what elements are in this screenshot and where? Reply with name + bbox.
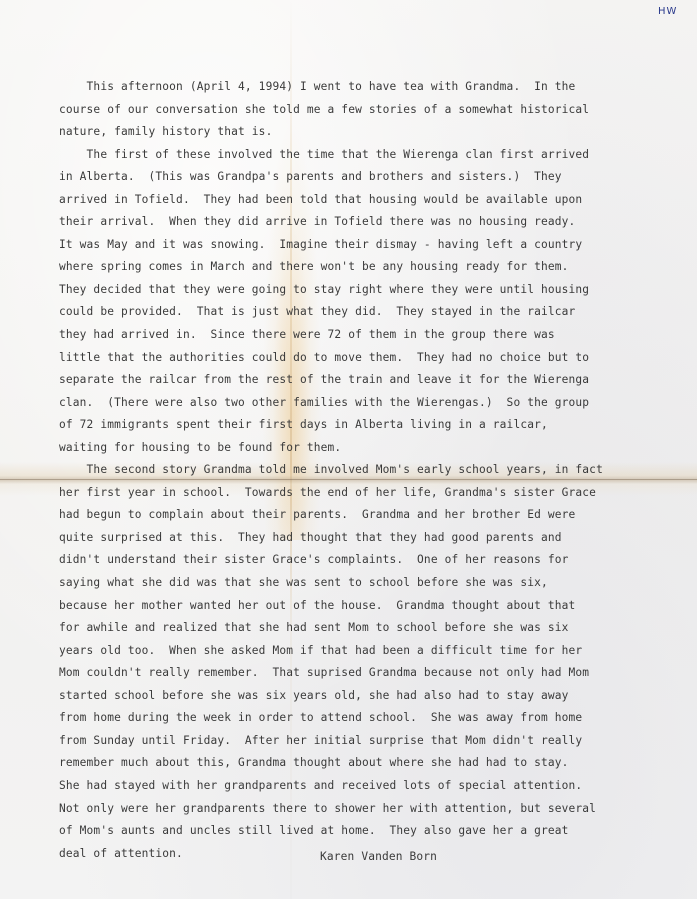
text-line: The second story Grandma told me involve… — [59, 459, 679, 482]
text-line: It was May and it was snowing. Imagine t… — [59, 234, 679, 257]
text-line: had begun to complain about their parent… — [59, 504, 679, 527]
text-line: This afternoon (April 4, 1994) I went to… — [59, 76, 679, 99]
text-line: where spring comes in March and there wo… — [59, 256, 679, 279]
text-line: didn't understand their sister Grace's c… — [59, 549, 679, 572]
text-line: saying what she did was that she was sen… — [59, 572, 679, 595]
text-line: because her mother wanted her out of the… — [59, 595, 679, 618]
text-line: quite surprised at this. They had though… — [59, 527, 679, 550]
text-line: of 72 immigrants spent their first days … — [59, 414, 679, 437]
text-line: of Mom's aunts and uncles still lived at… — [59, 820, 679, 843]
text-line: She had stayed with her grandparents and… — [59, 775, 679, 798]
text-line: from home during the week in order to at… — [59, 707, 679, 730]
typed-letter-body: This afternoon (April 4, 1994) I went to… — [59, 76, 679, 865]
text-line: nature, family history that is. — [59, 121, 679, 144]
text-line: they had arrived in. Since there were 72… — [59, 324, 679, 347]
text-line: little that the authorities could do to … — [59, 347, 679, 370]
text-line: their arrival. When they did arrive in T… — [59, 211, 679, 234]
text-line: started school before she was six years … — [59, 685, 679, 708]
text-line: in Alberta. (This was Grandpa's parents … — [59, 166, 679, 189]
text-line: for awhile and realized that she had sen… — [59, 617, 679, 640]
text-line: Mom couldn't really remember. That supri… — [59, 662, 679, 685]
text-line: from Sunday until Friday. After her init… — [59, 730, 679, 753]
text-line: They decided that they were going to sta… — [59, 279, 679, 302]
text-line: waiting for housing to be found for them… — [59, 437, 679, 460]
handwritten-corner-mark: HW — [658, 6, 677, 17]
text-line: clan. (There were also two other familie… — [59, 392, 679, 415]
signature: Karen Vanden Born — [320, 850, 437, 863]
text-line: arrived in Tofield. They had been told t… — [59, 189, 679, 212]
text-line: years old too. When she asked Mom if tha… — [59, 640, 679, 663]
text-line: separate the railcar from the rest of th… — [59, 369, 679, 392]
text-line: course of our conversation she told me a… — [59, 99, 679, 122]
text-line: could be provided. That is just what the… — [59, 301, 679, 324]
text-line: Not only were her grandparents there to … — [59, 798, 679, 821]
text-line: remember much about this, Grandma though… — [59, 752, 679, 775]
text-line: her first year in school. Towards the en… — [59, 482, 679, 505]
text-line: The first of these involved the time tha… — [59, 144, 679, 167]
